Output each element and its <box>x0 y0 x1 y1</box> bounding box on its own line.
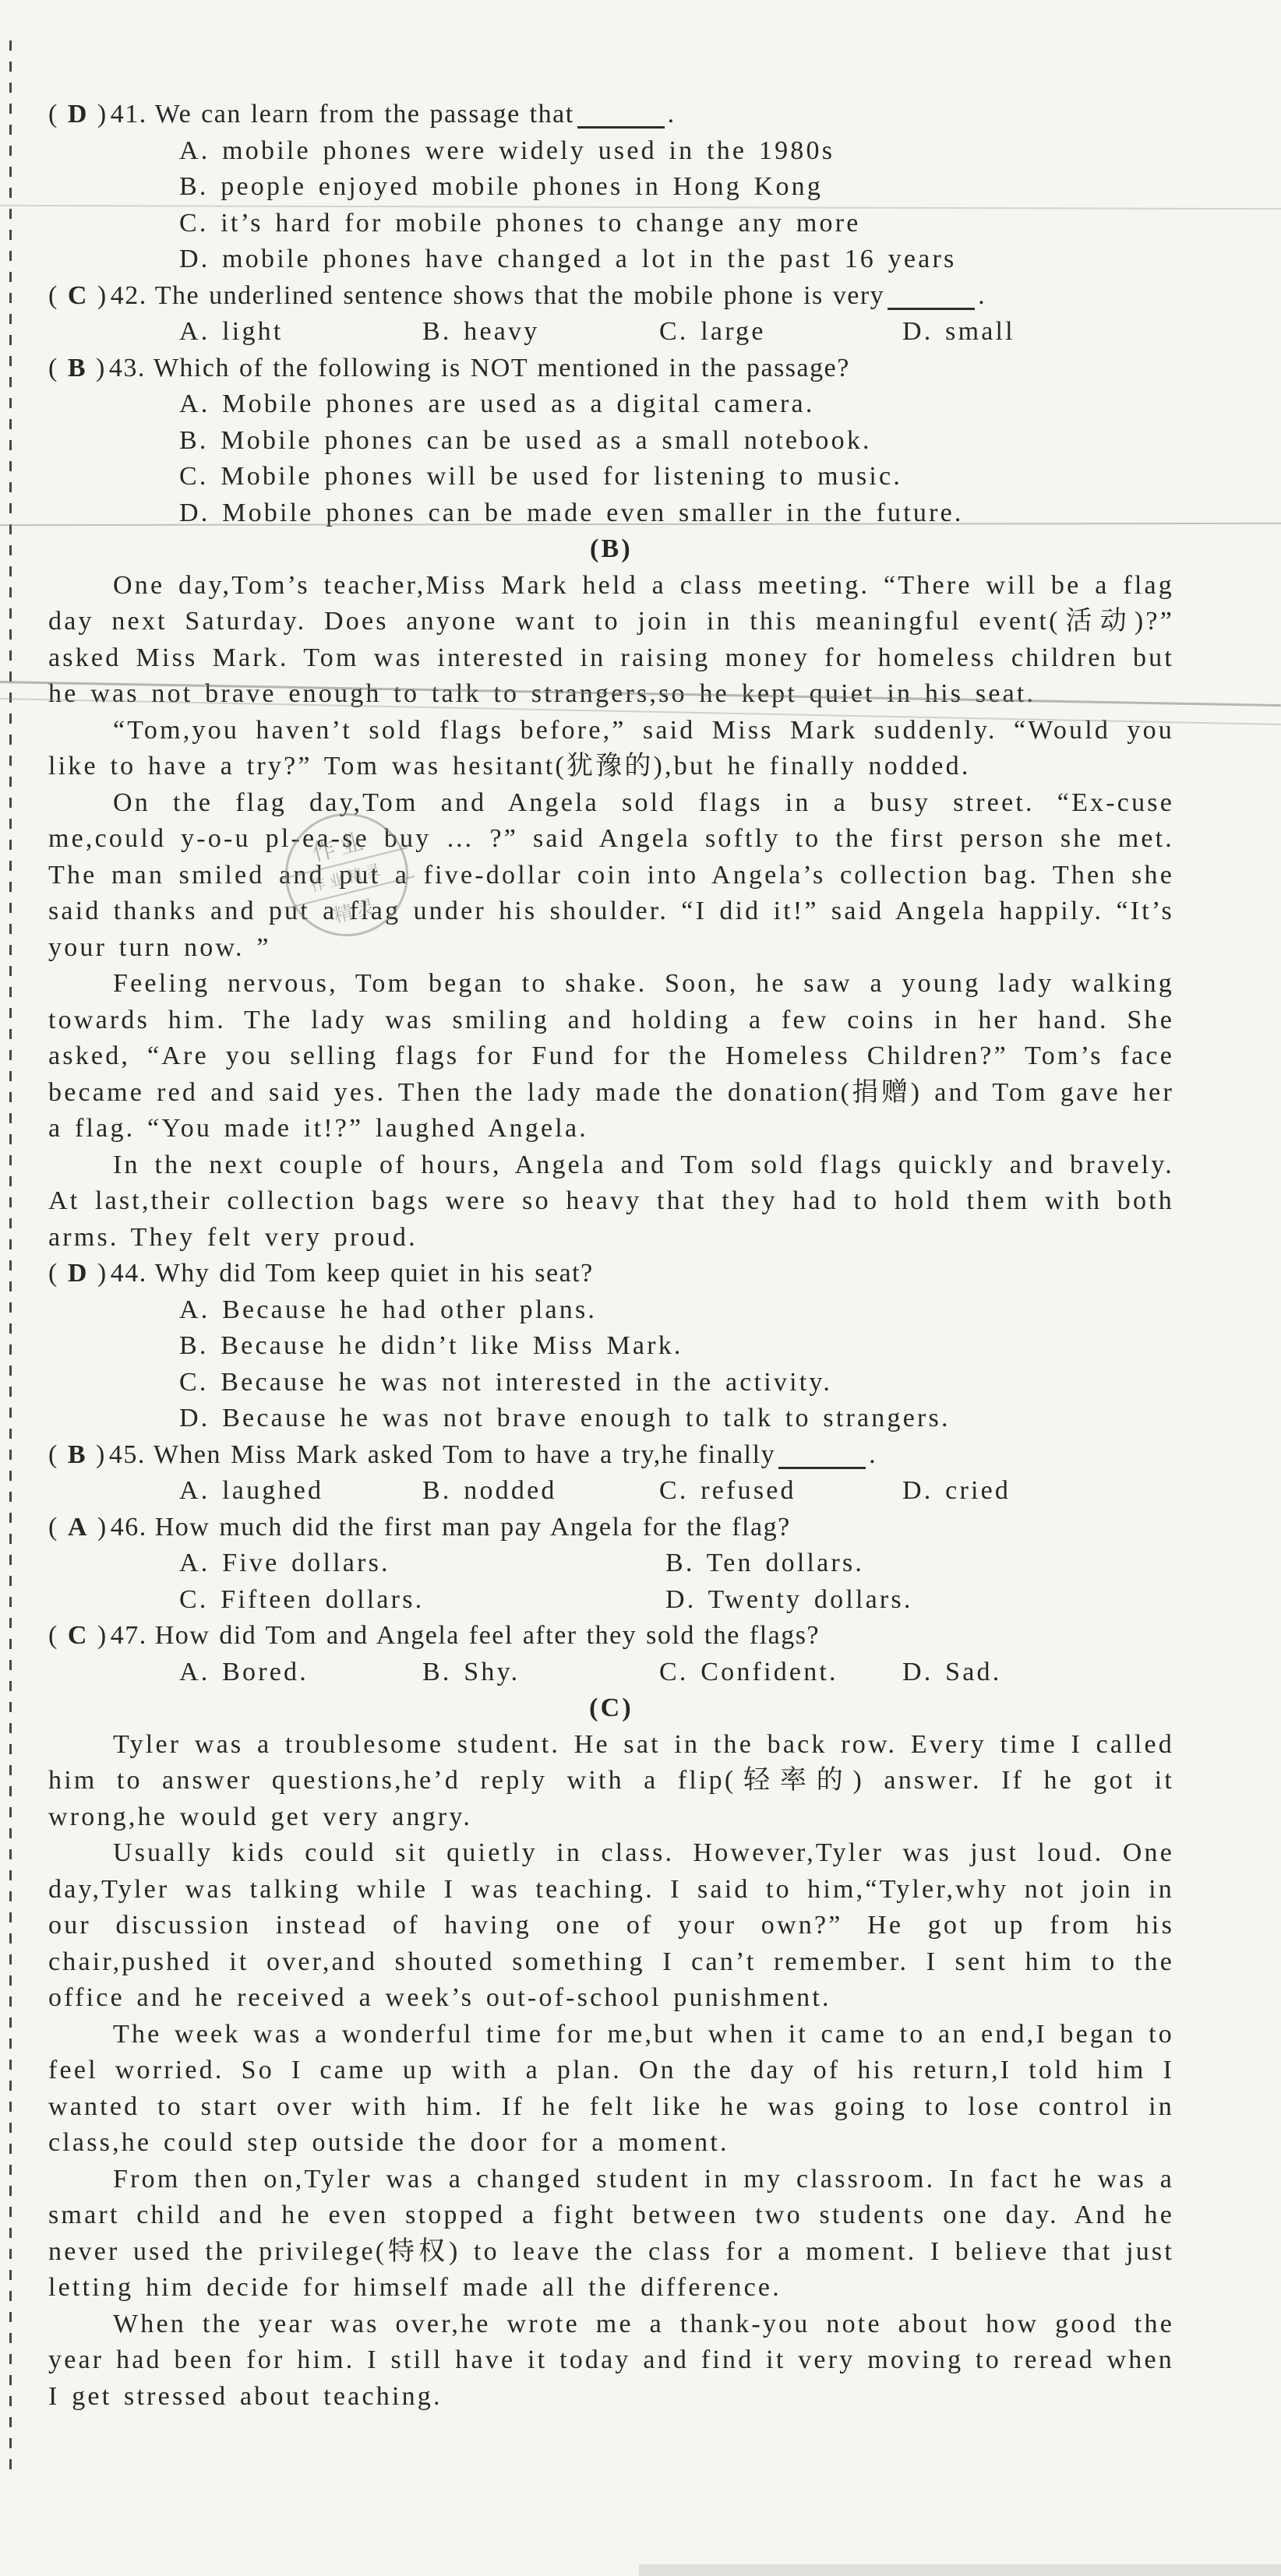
question-number: 47. <box>111 1621 147 1650</box>
q46-options-row-2: C. Fifteen dollars.D. Twenty dollars. <box>179 1582 1174 1619</box>
question-44: (D)44.Why did Tom keep quiet in his seat… <box>48 1256 1174 1292</box>
q42-option-b: B. heavy <box>422 314 659 351</box>
workbook-page: 作业作业精灵精灵 (D)41.We can learn from the pas… <box>0 0 1281 2576</box>
question-43: (B)43.Which of the following is NOT ment… <box>48 351 1174 387</box>
answer-letter: D <box>68 100 88 129</box>
answer-paren-close: ) <box>97 100 108 129</box>
question-text: Why did Tom keep quiet in his seat? <box>155 1259 594 1288</box>
answer-letter: A <box>68 1513 88 1542</box>
q44-option-b: B. Because he didn’t like Miss Mark. <box>179 1328 1174 1365</box>
q45-option-d: D. cried <box>902 1473 1174 1510</box>
passage-b-paragraph-3: On the flag day,Tom and Angela sold flag… <box>48 785 1174 967</box>
q41-option-c: C. it’s hard for mobile phones to change… <box>179 206 1174 242</box>
q42-option-a: A. light <box>179 314 422 351</box>
question-46: (A)46.How much did the first man pay Ang… <box>48 1510 1174 1546</box>
q46-option-c: C. Fifteen dollars. <box>179 1582 665 1619</box>
q47-option-b: B. Shy. <box>422 1654 659 1691</box>
left-dashed-border <box>9 41 12 2469</box>
q47-options: A. Bored.B. Shy.C. Confident.D. Sad. <box>179 1654 1174 1691</box>
answer-paren-open: ( <box>48 1440 58 1469</box>
q44-option-c: C. Because he was not interested in the … <box>179 1365 1174 1401</box>
q46-options-row-1: A. Five dollars.B. Ten dollars. <box>179 1545 1174 1582</box>
answer-letter: C <box>68 281 88 310</box>
question-tail: . <box>978 281 986 310</box>
q43-option-a: A. Mobile phones are used as a digital c… <box>179 386 1174 423</box>
question-text: When Miss Mark asked Tom to have a try,h… <box>154 1440 775 1469</box>
q46-option-d: D. Twenty dollars. <box>665 1582 1174 1619</box>
answer-paren-open: ( <box>48 1259 58 1288</box>
passage-b-paragraph-4: Feeling nervous, Tom began to shake. Soo… <box>48 966 1174 1147</box>
q47-option-c: C. Confident. <box>659 1654 902 1691</box>
answer-paren-close: ) <box>97 281 108 310</box>
answer-blank <box>888 308 975 310</box>
question-text: How did Tom and Angela feel after they s… <box>155 1621 820 1650</box>
answer-paren-close: ) <box>96 354 106 382</box>
question-47: (C)47.How did Tom and Angela feel after … <box>48 1618 1174 1654</box>
answer-paren-close: ) <box>96 1440 106 1469</box>
question-number: 44. <box>111 1259 147 1288</box>
passage-b-paragraph-1: One day,Tom’s teacher,Miss Mark held a c… <box>48 568 1174 713</box>
question-45: (B)45.When Miss Mark asked Tom to have a… <box>48 1437 1174 1474</box>
question-number: 42. <box>111 281 147 310</box>
answer-paren-open: ( <box>48 1513 58 1542</box>
passage-c-header: (C) <box>48 1690 1174 1727</box>
q45-option-b: B. nodded <box>422 1473 659 1510</box>
answer-blank <box>577 126 665 129</box>
answer-paren-open: ( <box>48 354 58 382</box>
answer-paren-close: ) <box>97 1621 108 1650</box>
question-text: We can learn from the passage that <box>155 100 574 129</box>
passage-c-paragraph-2: Usually kids could sit quietly in class.… <box>48 1835 1174 2017</box>
q43-option-b: B. Mobile phones can be used as a small … <box>179 423 1174 460</box>
answer-paren-open: ( <box>48 100 58 129</box>
question-tail: . <box>668 100 676 129</box>
answer-letter: D <box>68 1259 88 1288</box>
q41-option-d: D. mobile phones have changed a lot in t… <box>179 241 1174 278</box>
question-tail: . <box>869 1440 877 1469</box>
question-text: Which of the following is NOT mentioned … <box>154 354 850 382</box>
passage-c-paragraph-1: Tyler was a troublesome student. He sat … <box>48 1727 1174 1836</box>
q45-options: A. laughedB. noddedC. refusedD. cried <box>179 1473 1174 1510</box>
question-number: 41. <box>111 100 147 129</box>
passage-b-paragraph-5: In the next couple of hours, Angela and … <box>48 1147 1174 1256</box>
q47-option-a: A. Bored. <box>179 1654 422 1691</box>
q46-option-b: B. Ten dollars. <box>665 1545 1174 1582</box>
answer-letter: B <box>68 1440 86 1469</box>
question-41: (D)41.We can learn from the passage that… <box>48 97 1174 133</box>
q42-option-c: C. large <box>659 314 902 351</box>
page-content: (D)41.We can learn from the passage that… <box>48 97 1174 2415</box>
passage-c-paragraph-3: The week was a wonderful time for me,but… <box>48 2017 1174 2162</box>
q41-option-a: A. mobile phones were widely used in the… <box>179 133 1174 170</box>
passage-c-paragraph-5: When the year was over,he wrote me a tha… <box>48 2306 1174 2416</box>
answer-paren-open: ( <box>48 281 58 310</box>
q46-option-a: A. Five dollars. <box>179 1545 665 1582</box>
question-text: How much did the first man pay Angela fo… <box>155 1513 791 1542</box>
passage-b-header: (B) <box>48 531 1174 568</box>
question-number: 46. <box>111 1513 147 1542</box>
answer-blank <box>778 1467 866 1469</box>
q42-option-d: D. small <box>902 314 1174 351</box>
question-42: (C)42.The underlined sentence shows that… <box>48 278 1174 315</box>
q42-options: A. lightB. heavyC. largeD. small <box>179 314 1174 351</box>
answer-paren-open: ( <box>48 1621 58 1650</box>
question-number: 45. <box>109 1440 146 1469</box>
q43-option-c: C. Mobile phones will be used for listen… <box>179 459 1174 495</box>
q43-option-d: D. Mobile phones can be made even smalle… <box>179 495 1174 532</box>
passage-c-paragraph-4: From then on,Tyler was a changed student… <box>48 2162 1174 2306</box>
q44-option-d: D. Because he was not brave enough to ta… <box>179 1401 1174 1437</box>
q44-option-a: A. Because he had other plans. <box>179 1292 1174 1329</box>
q45-option-a: A. laughed <box>179 1473 422 1510</box>
answer-paren-close: ) <box>97 1259 108 1288</box>
q47-option-d: D. Sad. <box>902 1654 1174 1691</box>
q45-option-c: C. refused <box>659 1473 902 1510</box>
answer-paren-close: ) <box>97 1513 108 1542</box>
question-number: 43. <box>109 354 146 382</box>
passage-b-paragraph-2: “Tom,you haven’t sold flags before,” sai… <box>48 713 1174 785</box>
scan-shadow <box>639 2564 1281 2576</box>
question-text: The underlined sentence shows that the m… <box>155 281 884 310</box>
answer-letter: B <box>68 354 86 382</box>
answer-letter: C <box>68 1621 88 1650</box>
q41-option-b: B. people enjoyed mobile phones in Hong … <box>179 169 1174 206</box>
